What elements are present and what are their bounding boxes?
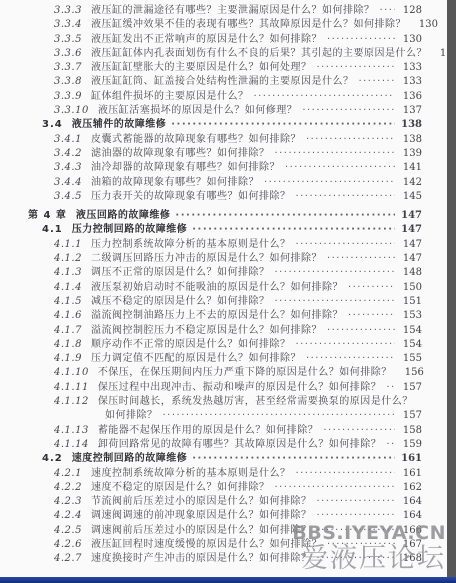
- toc-entry: 3.3.3 液压缸的泄漏途径有哪些？主要泄漏原因是什么？如何排除？ ······…: [0, 4, 422, 18]
- toc-entry-title: 顺序动作不正常的原因是什么？如何排除？: [91, 338, 291, 352]
- toc-entry-number: 4.1: [42, 223, 63, 237]
- toc-entry-page: 167: [398, 538, 422, 552]
- toc-entry-title: 调速阀前后压差过小的原因是什么？如何排除？: [91, 524, 312, 538]
- toc-entry: 4.2.6 液压缸回程时速度缓慢的原因是什么？如何排除？ ···········…: [0, 538, 422, 552]
- toc-entry-number: 4.1.14: [54, 438, 89, 452]
- toc-entry-number: 4.1.5: [54, 295, 82, 309]
- dot-leader: ········································…: [274, 481, 395, 495]
- toc-entry-page: 154: [398, 338, 422, 352]
- toc-entry: 4.2.3 节流阀前后压差过小的原因是什么？如何排除？ ············…: [0, 495, 422, 509]
- toc-entry: 4.2 速度控制回路的故障维修 ························…: [0, 452, 422, 466]
- toc-entry-title: 卸荷回路常见的故障有哪些？其故障原因是什么？如何排除？: [98, 438, 382, 452]
- toc-entry-title: 液压辅件的故障维修: [72, 118, 167, 132]
- toc-entry: 4.1.9 压力调定值不匹配的原因是什么？如何排除？ ·············…: [0, 352, 422, 366]
- toc-entry-title: 压力控制系统故障分析的基本原则是什么？: [91, 238, 291, 252]
- toc-entry-number: 4.1.11: [54, 381, 89, 395]
- toc-entry-number: 4.2.4: [54, 509, 82, 523]
- toc-entry-page: 164: [398, 495, 422, 509]
- toc-entry-title: 调压不正常的原因是什么？如何排除？: [91, 266, 270, 280]
- toc-entry-title: 压力控制回路的故障维修: [72, 223, 188, 237]
- toc-entry-page: 158: [398, 424, 422, 438]
- toc-entry: 第 4 章 液压回路的故障维修 ························…: [0, 209, 422, 223]
- dot-leader: ········································…: [192, 223, 395, 237]
- toc-entry-title: 二级调压回路压力冲击的原因是什么？如何排除？: [91, 252, 322, 266]
- dot-leader: ········································…: [302, 104, 395, 118]
- toc-entry-number: 4.2.1: [54, 467, 82, 481]
- toc-entry-number: 3.3.10: [54, 104, 89, 118]
- toc-entry: 3.4 液压辅件的故障维修 ··························…: [0, 118, 422, 132]
- toc-entry: 3.3.7 液压缸缸壁胀大的主要原因是什么？如何处理？ ············…: [0, 61, 422, 75]
- toc-entry-page: 141: [398, 161, 422, 175]
- dot-leader: ········································…: [163, 409, 396, 423]
- dot-leader: ········································…: [316, 524, 395, 538]
- toc-entry-title: 液压泵初始启动时不能吸油的原因是什么？如何排除？: [91, 281, 343, 295]
- dot-leader: ········································…: [264, 176, 395, 190]
- toc-entry: 3.3.5 液压缸发出不正常响声的原因是什么？如何排除？ ···········…: [0, 33, 422, 47]
- dot-leader: ········································…: [386, 438, 395, 452]
- toc-entry-title: 液压缸的泄漏途径有哪些？主要泄漏原因是什么？如何排除？: [91, 4, 375, 18]
- toc-entry-number: 4.1.1: [54, 238, 82, 252]
- dot-leader: ········································…: [358, 75, 395, 89]
- toc-entry-page: 156: [400, 366, 424, 380]
- toc-entry-page: 151: [398, 295, 422, 309]
- toc-entry-number: 4.1.13: [54, 424, 89, 438]
- toc-entry-page: 138: [398, 133, 422, 147]
- toc-entry-title: 压力表开关的故障现象有哪些？如何排除？: [91, 190, 291, 204]
- dot-leader: ········································…: [316, 61, 395, 75]
- toc-entry-title: 保压时间越长，系统发热越厉害，甚至经常需要换泵的原因是什么？: [98, 395, 413, 409]
- toc-entry: 4.1.7 溢流阀控制腔压力不稳定原因是什么？如何排除？ ···········…: [0, 324, 422, 338]
- toc-entry-number: 4.2.3: [54, 495, 82, 509]
- toc-entry-page: 147: [398, 238, 422, 252]
- toc-entry-page: 130: [398, 33, 422, 47]
- toc-entry: 4.1.10 不保压，在保压期间内压力严重下降的原因是什么？如何排除？ ····…: [0, 366, 422, 380]
- toc-entry-page: 147: [398, 252, 422, 266]
- toc-entry: 4.2.5 调速阀前后压差过小的原因是什么？如何排除？ ············…: [0, 524, 422, 538]
- toc-entry-title: 压力调定值不匹配的原因是什么？如何排除？: [91, 352, 301, 366]
- toc-entry: 4.2.2 速度不稳定的原因是什么？如何排除？ ················…: [0, 481, 422, 495]
- toc-entry-title: 速度换接时产生冲击的原因是什么？如何排除？: [91, 552, 312, 566]
- toc-entry-page: 139: [398, 147, 422, 161]
- dot-leader: ········································…: [323, 424, 395, 438]
- toc-entry-title: 缸体组件损坏的主要原因是什么？: [91, 90, 249, 104]
- toc-entry-title: 减压不稳定的原因是什么？如何排除？: [91, 295, 270, 309]
- toc-entry-page: 153: [398, 309, 422, 323]
- toc-entry: 如何排除？ ··································…: [0, 409, 422, 423]
- toc-entry-title: 调速阀调速的前冲现象原因是什么？如何排除？: [91, 509, 312, 523]
- toc-entry-title: 油冷却器的故障现象有哪些？如何排除？: [91, 161, 280, 175]
- toc-entry-number: 4.1.7: [54, 324, 82, 338]
- toc-entry: 4.1.13 蓄能器不起保压作用的原因是什么？如何排除？ ···········…: [0, 424, 422, 438]
- dot-leader: ········································…: [348, 281, 395, 295]
- dot-leader: ········································…: [306, 133, 395, 147]
- toc-entry-title: 保压过程中出现冲击、振动和噪声的原因是什么？如何排除？: [98, 381, 382, 395]
- toc-entry-title: 皮囊式蓄能器的故障现象有哪些？如何排除？: [91, 133, 301, 147]
- bottom-accent-bar: [0, 577, 456, 583]
- dot-leader: ········································…: [348, 309, 395, 323]
- toc-entry-page: 159: [398, 438, 422, 452]
- toc-entry-page: 147: [398, 223, 422, 237]
- toc-entry-title: 速度控制回路的故障维修: [72, 452, 188, 466]
- toc-entry-page: 161: [398, 452, 422, 466]
- toc-entry-title: 如何排除？: [105, 409, 158, 423]
- dot-leader: ········································…: [175, 209, 395, 223]
- toc-entry-number: 3.3.7: [54, 61, 82, 75]
- toc-entry: 4.1.3 调压不正常的原因是什么？如何排除？ ················…: [0, 266, 422, 280]
- toc-entry-number: 3.4.2: [54, 147, 82, 161]
- toc-entry: 4.2.1 速度控制系统故障分析的基本原则是什么？ ··············…: [0, 467, 422, 481]
- toc-entry-page: 130: [414, 18, 438, 32]
- toc-entry-title: 液压缸缸筒、缸盖接合处结构性泄漏的主要原因是什么？: [91, 75, 354, 89]
- toc-entry: 3.3.8 液压缸缸筒、缸盖接合处结构性泄漏的主要原因是什么？ ········…: [0, 75, 422, 89]
- toc-entry-page: 145: [398, 190, 422, 204]
- toc-entry-number: 3.3.3: [54, 4, 82, 18]
- dot-leader: ········································…: [306, 352, 395, 366]
- dot-leader: ········································…: [379, 4, 395, 18]
- toc-entry-page: 161: [398, 467, 422, 481]
- toc-entry: 4.1.1 压力控制系统故障分析的基本原则是什么？ ··············…: [0, 238, 422, 252]
- toc-entry-title: 液压缸发出不正常响声的原因是什么？如何排除？: [91, 33, 322, 47]
- toc-entry-number: 4.1.12: [54, 395, 89, 409]
- toc-entry-number: 4.2.2: [54, 481, 82, 495]
- toc-entry-number: 3.4.1: [54, 133, 82, 147]
- dot-leader: ········································…: [295, 190, 395, 204]
- toc-entry-page: 136: [398, 90, 422, 104]
- toc-entry-title: 不保压，在保压期间内压力严重下降的原因是什么？如何排除？: [98, 366, 392, 380]
- toc-entry-page: 137: [398, 104, 422, 118]
- toc-entry-number: 3.3.6: [54, 47, 82, 61]
- toc-entry: 3.3.4 液压缸缓冲效果不佳的表现有哪些？其故障原因是什么？如何排除？ ···…: [0, 18, 422, 32]
- dot-leader: ········································…: [295, 238, 395, 252]
- toc-entry: 4.1.14 卸荷回路常见的故障有哪些？其故障原因是什么？如何排除？ ·····…: [0, 438, 422, 452]
- toc-entry-number: 4.1.8: [54, 338, 82, 352]
- dot-leader: ········································…: [316, 552, 395, 566]
- toc-entry: 4.1.12 保压时间越长，系统发热越厉害，甚至经常需要换泵的原因是什么？: [0, 395, 422, 409]
- toc-entry-page: 128: [398, 4, 422, 18]
- toc-entry: 3.3.10 液压缸活塞损坏的原因是什么？如何修理？ ·············…: [0, 104, 422, 118]
- toc-entry-title: 液压缸缸体内孔表面划伤有什么不良的后果？其引起的主要原因是什么？: [91, 47, 427, 61]
- dot-leader: ········································…: [285, 161, 395, 175]
- toc-entry-number: 4.1.3: [54, 266, 82, 280]
- toc-entry: 3.4.3 油冷却器的故障现象有哪些？如何排除？ ···············…: [0, 161, 422, 175]
- toc-entry-number: 3.4: [42, 118, 63, 132]
- toc-entry-number: 3.3.5: [54, 33, 82, 47]
- toc-entry-title: 滤油器的故障现象有哪些？如何排除？: [91, 147, 270, 161]
- toc-entry-number: 4.2.5: [54, 524, 82, 538]
- toc-entry-number: 3.4.4: [54, 176, 82, 190]
- toc-entry-page: 164: [398, 509, 422, 523]
- toc-entry: 4.1.5 减压不稳定的原因是什么？如何排除？ ················…: [0, 295, 422, 309]
- toc-entry: 3.4.2 滤油器的故障现象有哪些？如何排除？ ················…: [0, 147, 422, 161]
- toc-entry-title: 液压回路的故障维修: [76, 209, 171, 223]
- toc-entry-title: 液压缸缸壁胀大的主要原因是什么？如何处理？: [91, 61, 312, 75]
- toc-entry-page: 148: [398, 266, 422, 280]
- toc-entry-page: 133: [398, 61, 422, 75]
- toc-entry-number: 3.4.3: [54, 161, 82, 175]
- toc-entry-page: 138: [398, 118, 422, 132]
- dot-leader: ········································…: [386, 381, 395, 395]
- toc-entry-title: 液压缸回程时速度缓慢的原因是什么？如何排除？: [91, 538, 322, 552]
- toc-entry: 4.1.2 二级调压回路压力冲击的原因是什么？如何排除？ ···········…: [0, 252, 422, 266]
- toc-entry-number: 4.2.7: [54, 552, 82, 566]
- toc-entry-number: 4.1.9: [54, 352, 82, 366]
- toc-entry-title: 节流阀前后压差过小的原因是什么？如何排除？: [91, 495, 312, 509]
- toc-entry-title: 溢流阀控制油路压力上不去的原因是什么？如何排除？: [91, 309, 343, 323]
- toc-entry-page: 168: [398, 552, 422, 566]
- toc-entry-page: 150: [398, 281, 422, 295]
- toc-entry-title: 速度控制系统故障分析的基本原则是什么？: [91, 467, 291, 481]
- toc-entry-page: 154: [398, 324, 422, 338]
- toc-entry: 4.2.7 速度换接时产生冲击的原因是什么？如何排除？ ············…: [0, 552, 422, 566]
- toc-entry: 4.1.4 液压泵初始启动时不能吸油的原因是什么？如何排除？ ·········…: [0, 281, 422, 295]
- toc-entry: 3.4.1 皮囊式蓄能器的故障现象有哪些？如何排除？ ·············…: [0, 133, 422, 147]
- dot-leader: ········································…: [327, 538, 395, 552]
- toc-entry: 3.3.6 液压缸缸体内孔表面划伤有什么不良的后果？其引起的主要原因是什么？ ·…: [0, 47, 422, 61]
- dot-leader: ········································…: [274, 266, 395, 280]
- toc-entry-number: 第 4 章: [28, 209, 67, 223]
- dot-leader: ········································…: [316, 495, 395, 509]
- toc-entry: 4.1.6 溢流阀控制油路压力上不去的原因是什么？如何排除？ ·········…: [0, 309, 422, 323]
- toc-entry-number: 4.2: [42, 452, 63, 466]
- toc-entry-number: 3.3.4: [54, 18, 82, 32]
- toc-entry-page: 142: [398, 176, 422, 190]
- toc-entry: 3.4.5 压力表开关的故障现象有哪些？如何排除？ ··············…: [0, 190, 422, 204]
- toc-entry-page: 157: [398, 381, 422, 395]
- toc-entry-number: 4.2.6: [54, 538, 82, 552]
- toc-entry-title: 速度不稳定的原因是什么？如何排除？: [91, 481, 270, 495]
- dot-leader: ········································…: [171, 118, 395, 132]
- toc-entry: 3.4.4 油箱的故障现象有哪些？如何排除？ ·················…: [0, 176, 422, 190]
- toc-entry-title: 液压缸活塞损坏的原因是什么？如何修理？: [98, 104, 298, 118]
- dot-leader: ········································…: [327, 33, 395, 47]
- dot-leader: ········································…: [253, 90, 395, 104]
- toc-entry-number: 4.1.6: [54, 309, 82, 323]
- toc-entry: 4.1.8 顺序动作不正常的原因是什么？如何排除？ ··············…: [0, 338, 422, 352]
- dot-leader: ········································…: [295, 467, 395, 481]
- dot-leader: ········································…: [327, 252, 395, 266]
- dot-leader: ········································…: [192, 452, 395, 466]
- dot-leader: ········································…: [316, 509, 395, 523]
- dot-leader: ········································…: [274, 295, 395, 309]
- toc-entry-page: 162: [398, 481, 422, 495]
- toc-entry-title: 溢流阀控制腔压力不稳定原因是什么？如何排除？: [91, 324, 322, 338]
- toc-entry-page: 133: [398, 75, 422, 89]
- toc-entry-title: 液压缸缓冲效果不佳的表现有哪些？其故障原因是什么？如何排除？: [91, 18, 406, 32]
- toc-entry-title: 蓄能器不起保压作用的原因是什么？如何排除？: [98, 424, 319, 438]
- toc-entry-number: 3.3.8: [54, 75, 82, 89]
- toc-entry-page: 155: [398, 352, 422, 366]
- toc-entry-number: 4.1.2: [54, 252, 82, 266]
- toc-entry-number: 4.1.10: [54, 366, 89, 380]
- toc-entry-number: 3.3.9: [54, 90, 82, 104]
- toc-entry: 4.1 压力控制回路的故障维修 ························…: [0, 223, 422, 237]
- toc-entry-page: 166: [398, 524, 422, 538]
- toc-entry-title: 油箱的故障现象有哪些？如何排除？: [91, 176, 259, 190]
- toc-entry-number: 4.1.4: [54, 281, 82, 295]
- table-of-contents: 3.3.3 液压缸的泄漏途径有哪些？主要泄漏原因是什么？如何排除？ ······…: [0, 2, 456, 567]
- dot-leader: ········································…: [327, 324, 395, 338]
- toc-entry-page: 147: [398, 209, 422, 223]
- scanned-toc-page: 3.3.3 液压缸的泄漏途径有哪些？主要泄漏原因是什么？如何排除？ ······…: [0, 0, 456, 583]
- right-edge-strip: [447, 0, 456, 577]
- toc-entry: 4.1.11 保压过程中出现冲击、振动和噪声的原因是什么？如何排除？ ·····…: [0, 381, 422, 395]
- toc-entry-number: 3.4.5: [54, 190, 82, 204]
- dot-leader: ········································…: [274, 147, 395, 161]
- dot-leader: ········································…: [295, 338, 395, 352]
- toc-entry: 4.2.4 调速阀调速的前冲现象原因是什么？如何排除？ ············…: [0, 509, 422, 523]
- toc-entry-page: 157: [398, 409, 422, 423]
- toc-entry: 3.3.9 缸体组件损坏的主要原因是什么？ ··················…: [0, 90, 422, 104]
